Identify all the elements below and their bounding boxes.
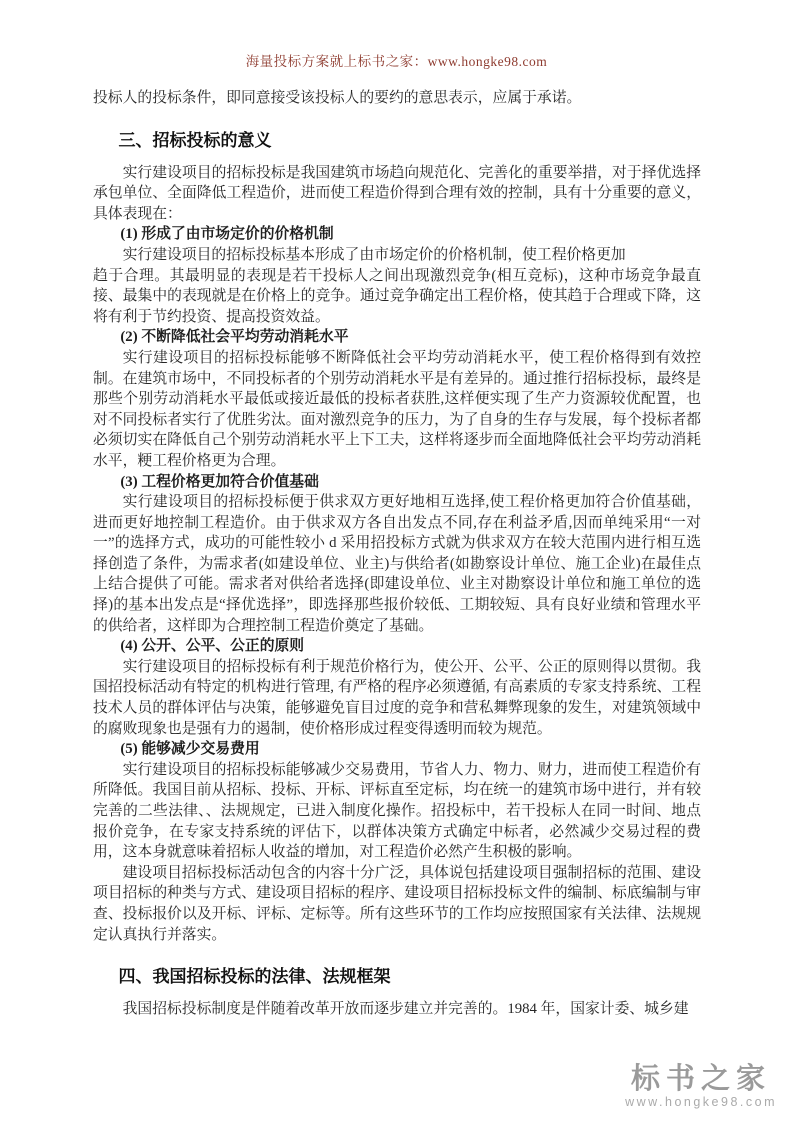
paragraph: 实行建设项目的招标投标是我国建筑市场趋向规范化、完善化的重要举措，对于择优选择承… — [93, 163, 701, 225]
subsection-heading: (4) 公开、公平、公正的原则 — [93, 636, 701, 657]
paragraph-continuation: 投标人的投标条件，即同意接受该投标人的要约的意思表示，应属于承诺。 — [93, 88, 701, 109]
subsection-heading: (5) 能够减少交易费用 — [93, 739, 701, 760]
subsection-heading: (1) 形成了由市场定价的价格机制 — [93, 224, 701, 245]
paragraph: 实行建设项目的招标投标便于供求双方更好地相互选择,使工程价格更加符合价值基础，进… — [93, 492, 701, 636]
document-page: 海量投标方案就上标书之家：www.hongke98.com 投标人的投标条件，即… — [0, 0, 793, 1122]
paragraph: 实行建设项目的招标投标能够减少交易费用，节省人力、物力、财力，进而使工程造价有所… — [93, 760, 701, 863]
section-heading: 三、招标投标的意义 — [93, 130, 701, 152]
paragraph-continuation: 趋于合理。其最明显的表现是若干投标人之间出现激烈竞争(相互竞标)，这种市场竞争最… — [93, 266, 701, 328]
paragraph: 实行建设项目的招标投标能够不断降低社会平均劳动消耗水平，使工程价格得到有效控制。… — [93, 348, 701, 472]
document-body: 投标人的投标条件，即同意接受该投标人的要约的意思表示，应属于承诺。三、招标投标的… — [93, 88, 701, 1020]
paragraph: 建设项目招标投标活动包含的内容十分广泛，具体说包括建设项目强制招标的范围、建设项… — [93, 863, 701, 945]
paragraph: 实行建设项目的招标投标基本形成了由市场定价的价格机制，使工程价格更加 — [93, 245, 701, 266]
subsection-heading: (3) 工程价格更加符合价值基础 — [93, 472, 701, 493]
watermark-url: www.hongke98.com — [625, 1095, 777, 1110]
subsection-heading: (2) 不断降低社会平均劳动消耗水平 — [93, 327, 701, 348]
page-header-slogan: 海量投标方案就上标书之家：www.hongke98.com — [0, 50, 793, 70]
section-heading: 四、我国招标投标的法律、法规框架 — [93, 966, 701, 988]
watermark: 标书之家 www.hongke98.com — [625, 1064, 777, 1110]
watermark-logo: 标书之家 — [625, 1064, 777, 1094]
paragraph: 我国招标投标制度是伴随着改革开放而逐步建立并完善的。1984 年，国家计委、城乡… — [93, 999, 701, 1020]
paragraph: 实行建设项目的招标投标有利于规范价格行为，使公开、公平、公正的原则得以贯彻。我国… — [93, 657, 701, 739]
